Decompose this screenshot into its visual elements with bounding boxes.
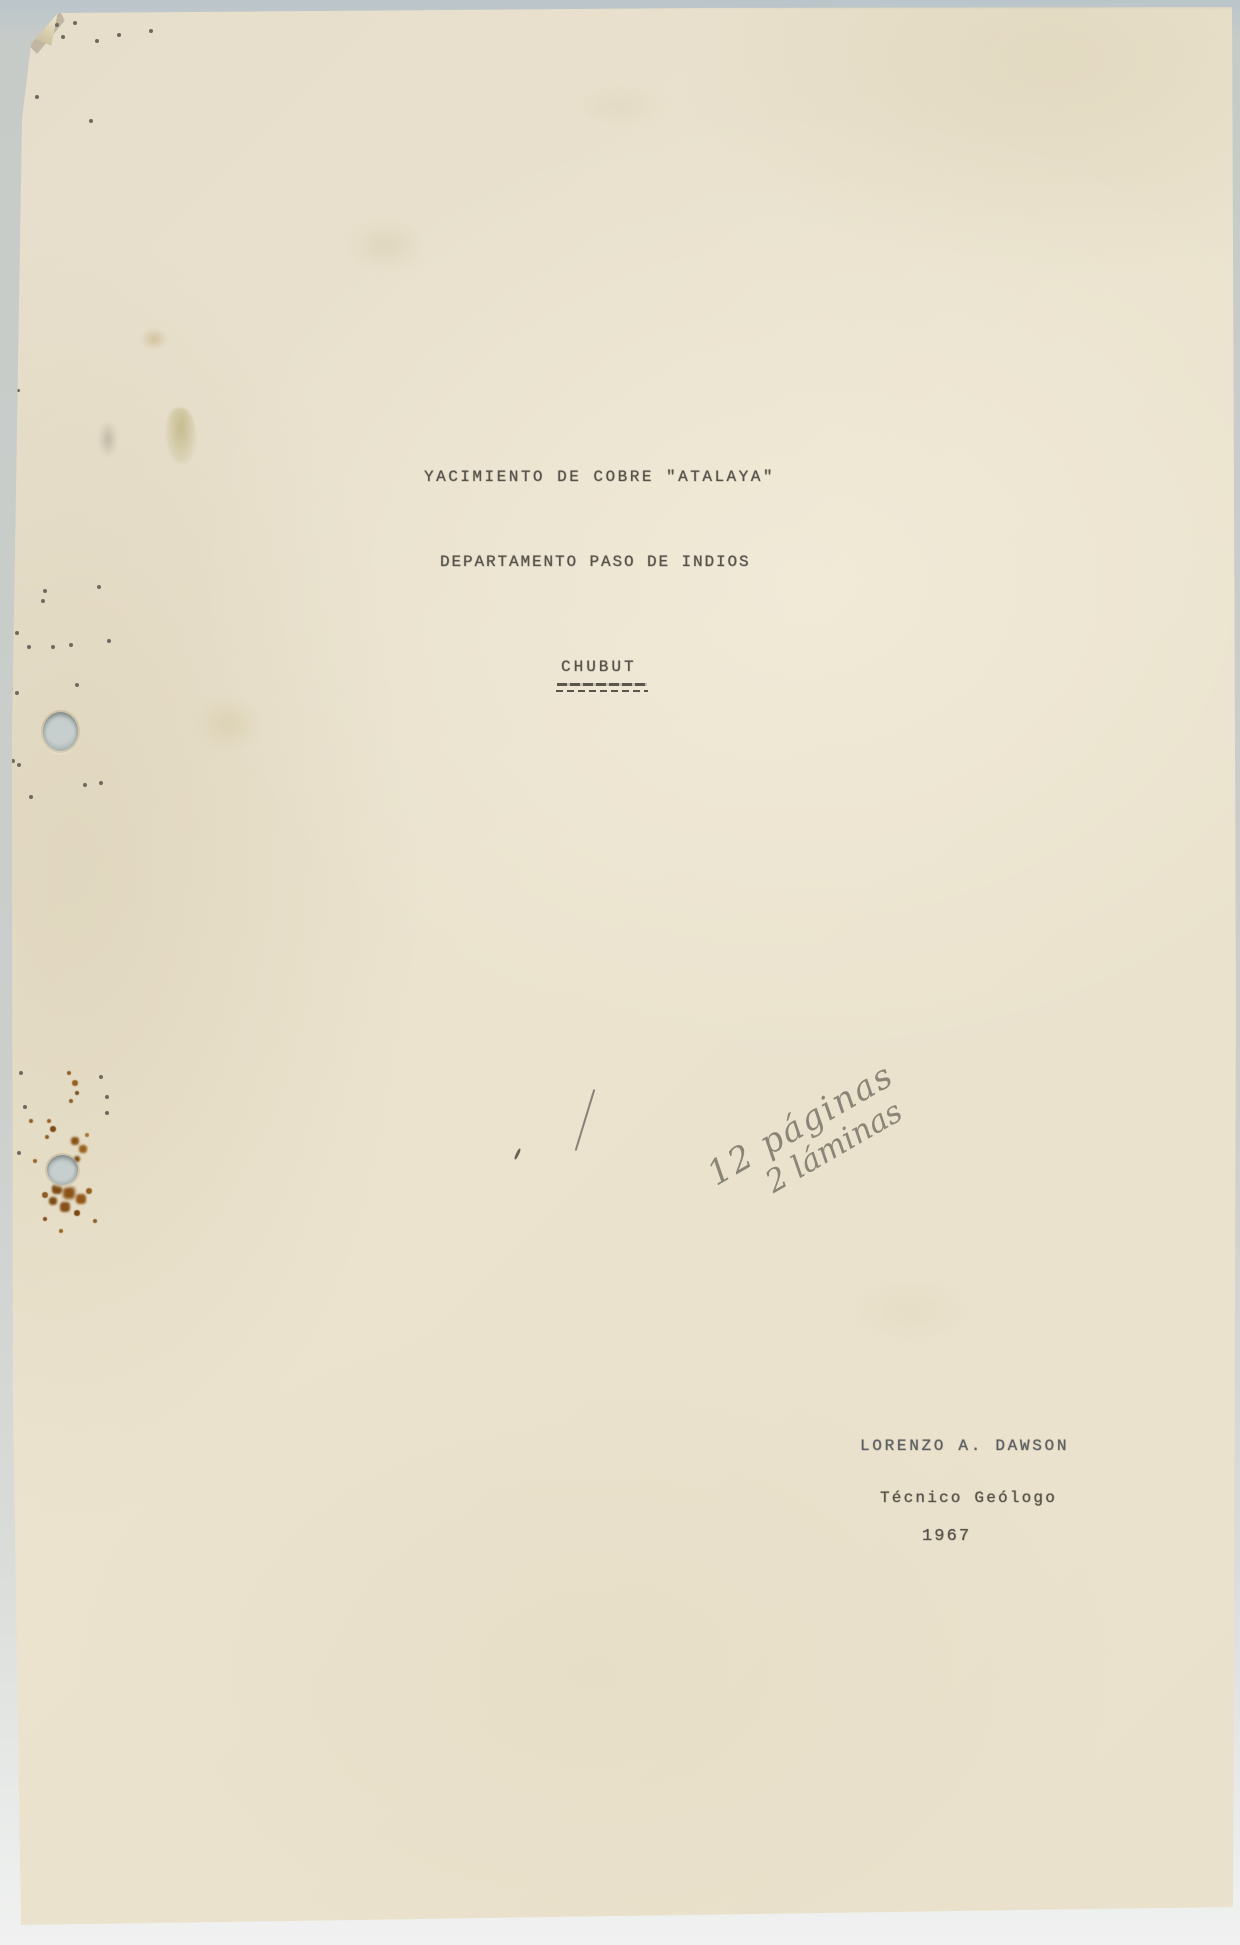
faint-stain <box>348 222 424 270</box>
province-name: CHUBUT <box>561 658 637 676</box>
edge-ink-mark <box>13 389 20 392</box>
province-underline <box>557 683 647 686</box>
report-year: 1967 <box>922 1527 971 1546</box>
edge-ink-mark <box>8 370 17 374</box>
punch-hole-top <box>43 712 78 751</box>
province-underline-dashed <box>556 690 648 692</box>
pencil-stray-slash <box>575 1089 596 1151</box>
tan-stain <box>140 328 168 350</box>
gray-smudge <box>98 420 118 458</box>
olive-stain <box>166 408 196 464</box>
scanned-page: YACIMIENTO DE COBRE "ATALAYA" DEPARTAMEN… <box>0 0 1240 1945</box>
pencil-stray-comma <box>514 1148 522 1160</box>
handwritten-note: 12 páginas 2 láminas <box>702 1058 917 1222</box>
report-title-line2: DEPARTAMENTO PASO DE INDIOS <box>440 553 751 571</box>
report-title-line1: YACIMIENTO DE COBRE "ATALAYA" <box>424 468 775 486</box>
faint-stain <box>575 88 665 122</box>
author-name: LORENZO A. DAWSON <box>860 1437 1069 1455</box>
faint-stain <box>196 698 260 750</box>
punch-hole-bottom <box>47 1155 78 1185</box>
author-title: Técnico Geólogo <box>880 1489 1057 1507</box>
faint-stain <box>850 1280 970 1340</box>
edge-ink-mark <box>4 351 17 357</box>
dirt-speckles <box>0 0 2 2</box>
rust-stain-speckles <box>0 0 2 2</box>
